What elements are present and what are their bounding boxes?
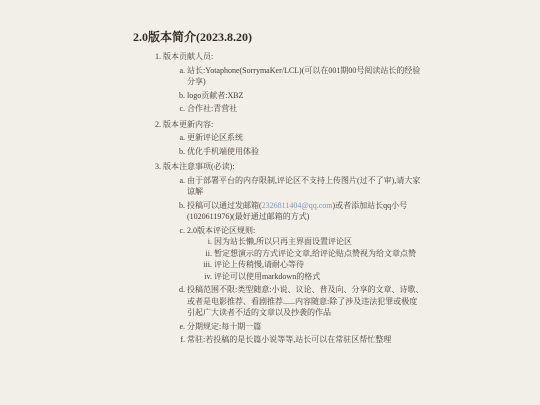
list-item-text: 2.0版本评论区规则: xyxy=(187,226,255,235)
list-item-text: 优化手机端使用体验 xyxy=(187,147,259,156)
section-label: 版本贡献人员: xyxy=(163,52,213,61)
list-item: 暂定想演示的方式评论文章,给评论贴点赞视为给文章点赞 xyxy=(214,248,425,260)
list-item-text: 更新评论区系统 xyxy=(187,133,243,142)
comment-rules-list: 因为站长懒,所以只再主界面设置评论区 暂定想演示的方式评论文章,给评论贴点赞视为… xyxy=(187,236,425,282)
section-label: 版本更新内容: xyxy=(163,120,213,129)
list-item: 站长:Yotaphone(SorrymaKer/LCL)(可以在001期00号阅… xyxy=(187,65,425,88)
list-item-text: 投稿范围不限:类型随意:小说、议论、普及向、分享的文章、诗歌、或者是电影推荐、看… xyxy=(187,285,423,317)
list-item-text: 合作社:青营社 xyxy=(187,104,237,113)
list-item-contributors: 版本贡献人员: 站长:Yotaphone(SorrymaKer/LCL)(可以在… xyxy=(163,51,425,115)
list-item: 因为站长懒,所以只再主界面设置评论区 xyxy=(214,236,425,248)
list-item: 评论上传稍慢,请耐心等待 xyxy=(214,259,425,271)
list-item: 评论可以使用markdown的格式 xyxy=(214,271,425,283)
top-level-list: 版本贡献人员: 站长:Yotaphone(SorrymaKer/LCL)(可以在… xyxy=(133,51,425,346)
list-item-text: 分期规定:每十期一篇 xyxy=(187,322,261,331)
list-item: 更新评论区系统 xyxy=(187,132,425,144)
notes-list: 由于部署平台的内存限制,评论区不支持上传图片(过不了审),请大家谅解 投稿可以通… xyxy=(163,175,425,346)
list-item-text: 因为站长懒,所以只再主界面设置评论区 xyxy=(214,237,352,246)
updates-list: 更新评论区系统 优化手机端使用体验 xyxy=(163,132,425,157)
list-item-submission-email: 投稿可以通过发邮箱(2326811404@qq.com)或者添加站长qq小号 (… xyxy=(187,200,425,223)
list-item-text: 评论上传稍慢,请耐心等待 xyxy=(214,260,304,269)
list-item-text: logo贡献者:XBZ xyxy=(187,91,243,100)
contributors-list: 站长:Yotaphone(SorrymaKer/LCL)(可以在001期00号阅… xyxy=(163,65,425,115)
list-item-text: 评论可以使用markdown的格式 xyxy=(214,272,320,281)
list-item: 由于部署平台的内存限制,评论区不支持上传图片(过不了审),请大家谅解 xyxy=(187,175,425,198)
email-link[interactable]: 2326811404@qq.com xyxy=(262,201,333,210)
list-item-comment-rules: 2.0版本评论区规则: 因为站长懒,所以只再主界面设置评论区 暂定想演示的方式评… xyxy=(187,225,425,283)
list-item-text: 由于部署平台的内存限制,评论区不支持上传图片(过不了审),请大家谅解 xyxy=(187,176,420,197)
list-item: 分期规定:每十期一篇 xyxy=(187,321,425,333)
list-item: 优化手机端使用体验 xyxy=(187,146,425,158)
document-page: 2.0版本简介(2023.8.20) 版本贡献人员: 站长:Yotaphone(… xyxy=(133,30,425,350)
list-item-updates: 版本更新内容: 更新评论区系统 优化手机端使用体验 xyxy=(163,119,425,158)
list-item-text: 投稿可以通过发邮箱( xyxy=(187,201,262,210)
page-title: 2.0版本简介(2023.8.20) xyxy=(133,30,425,44)
list-item-text: 常驻:若投稿的是长篇小说等等,站长可以在常驻区帮忙整理 xyxy=(187,335,391,344)
list-item-notes: 版本注意事项(必读): 由于部署平台的内存限制,评论区不支持上传图片(过不了审)… xyxy=(163,161,425,346)
list-item: 常驻:若投稿的是长篇小说等等,站长可以在常驻区帮忙整理 xyxy=(187,334,425,346)
list-item: 合作社:青营社 xyxy=(187,103,425,115)
list-item-text: 暂定想演示的方式评论文章,给评论贴点赞视为给文章点赞 xyxy=(214,249,416,258)
list-item: 投稿范围不限:类型随意:小说、议论、普及向、分享的文章、诗歌、或者是电影推荐、看… xyxy=(187,284,425,319)
list-item: logo贡献者:XBZ xyxy=(187,90,425,102)
section-label: 版本注意事项(必读): xyxy=(163,162,235,171)
list-item-text: 站长:Yotaphone(SorrymaKer/LCL)(可以在001期00号阅… xyxy=(187,66,420,87)
